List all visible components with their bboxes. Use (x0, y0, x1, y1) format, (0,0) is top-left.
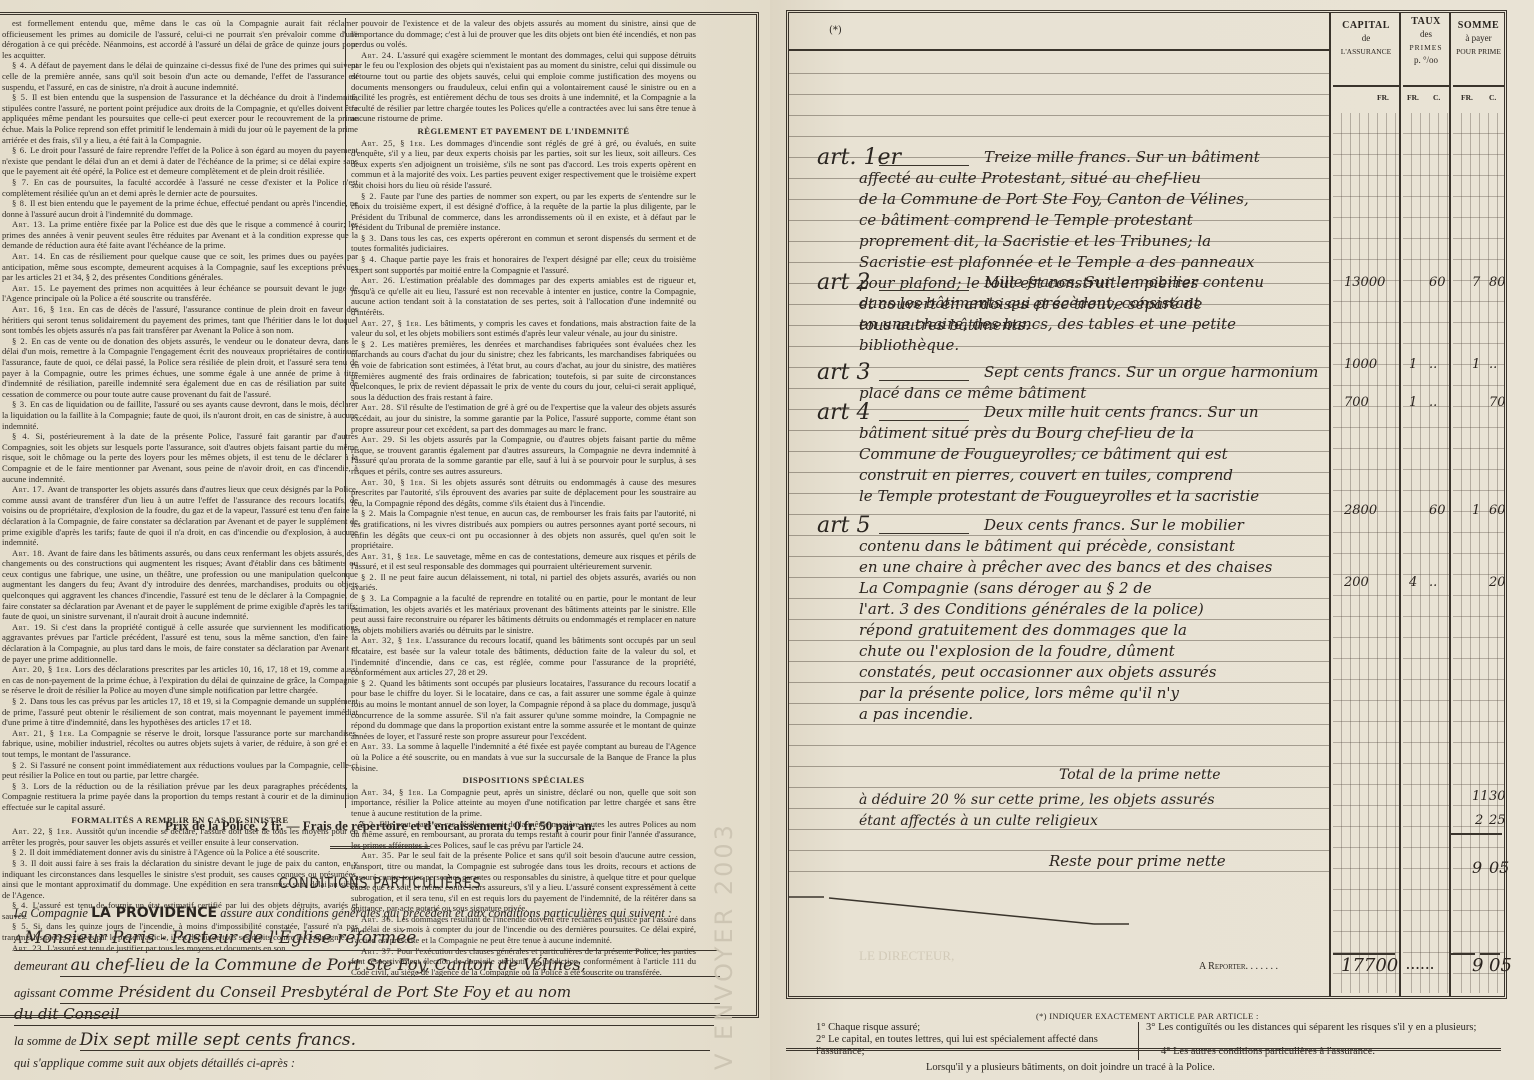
condition-paragraph: Art. 19. Si c'est dans la propriété cont… (2, 622, 358, 664)
article-description-line: de la Commune de Port Ste Foy, Canton de… (859, 189, 1249, 209)
article-label: § 2. (361, 572, 381, 582)
article-label: § 3. (12, 781, 33, 791)
article-label: Art. 19. (12, 622, 51, 632)
condition-paragraph: Art. 20, § 1er. Lors des déclarations pr… (2, 664, 358, 696)
insured-party-field: A Monsieur Paris - Pasteur de l'Église r… (14, 928, 749, 948)
condition-paragraph: § 3. En cas de liquidation ou de faillit… (2, 399, 358, 431)
total-c: 30 (1489, 789, 1506, 804)
article-label: § 3. (361, 593, 381, 603)
article-label: Art. 28. (361, 402, 396, 412)
article-label: § 3. (12, 858, 31, 868)
deduction-line-1: à déduire 20 % sur cette prime, les obje… (859, 790, 1215, 810)
carry-forward-label: A Reporter. . . . . . . (1199, 961, 1278, 972)
article-label: § 6. (12, 145, 30, 155)
footnote-item-2: 2° Le capital, en toutes lettres, qui lu… (816, 1034, 1146, 1058)
article-label: Art. 32, § 1er. (361, 635, 426, 645)
carry-forward-rate: ...... (1406, 959, 1435, 972)
insured-party-value: Monsieur Paris - Pasteur de l'Église réf… (25, 928, 417, 948)
article-description-line: constatés, peut occasionner aux objets a… (859, 662, 1217, 682)
sum-insured-field: la somme de Dix sept mille sept cents fr… (14, 1030, 749, 1050)
net-premium-c: 05 (1489, 858, 1509, 877)
premium-c: 20 (1489, 575, 1506, 590)
article-description-line: bâtiment situé près du Bourg chef-lieu d… (859, 423, 1194, 443)
carry-forward-premium-fr: 9 (1472, 955, 1483, 976)
capital-grid (1333, 113, 1399, 993)
condition-paragraph: Art. 15. Le payement des primes non acqu… (2, 283, 358, 304)
article-label: § 2. (361, 678, 380, 688)
deduction-c: 25 (1489, 813, 1506, 828)
rate-c: 60 (1429, 275, 1446, 290)
article-label: § 2. (361, 339, 382, 349)
premium-fr: 7 (1472, 275, 1480, 290)
condition-paragraph: § 8. Il est bien entendu que le payement… (2, 198, 358, 219)
article-description-line: le Temple protestant de Fougueyrolles et… (859, 486, 1259, 506)
faint-director-bleed: LE DIRECTEUR, (859, 948, 954, 964)
condition-paragraph: Art. 28. S'il résulte de l'estimation de… (351, 402, 696, 434)
capital-amount: 700 (1344, 395, 1369, 410)
field-rule (14, 1025, 714, 1026)
premium-fr: 1 (1472, 357, 1480, 372)
article-label: Art. 27, § 1er. (361, 318, 425, 328)
article-label: § 3. (361, 233, 380, 243)
footnote-item-3: 3° Les contiguïtés ou les distances qui … (1146, 1022, 1496, 1034)
carry-forward-premium-c: 05 (1489, 955, 1512, 976)
footnote-title: (*) INDIQUER EXACTEMENT ARTICLE PAR ARTI… (1036, 1010, 1259, 1022)
condition-paragraph: Art. 21, § 1er. La Compagnie se réserve … (2, 728, 358, 760)
field-rule (60, 1003, 720, 1004)
condition-paragraph: § 2. Mais la Compagnie n'est tenue, en a… (351, 508, 696, 550)
field-rule (14, 950, 719, 951)
article-label: Art. 18. (12, 548, 48, 558)
condition-paragraph: § 4. Si, postérieurement à la date de la… (2, 431, 358, 484)
acting-as-value-continued: du dit Conseil (14, 1005, 120, 1023)
footnote-item-1: 1° Chaque risque assuré; (816, 1022, 1126, 1034)
article-description-line: par la présente police, lors même qu'il … (859, 683, 1179, 703)
article-description-line: ce bâtiment comprend le Temple protestan… (859, 210, 1193, 230)
article-description-line: en une chaire, des bancs, des tables et … (859, 314, 1236, 334)
article-label: Art. 29. (361, 434, 399, 444)
condition-paragraph: § 2. Les matières premières, les denrées… (351, 339, 696, 403)
article-label: Art. 20, § 1er. (12, 664, 75, 674)
article-description-line: bibliothèque. (859, 335, 959, 355)
article-label: Art. 16, § 1er. (12, 304, 79, 314)
condition-paragraph: § 2. Dans tous les cas prévus par les ar… (2, 696, 358, 728)
asterisk-note-marker: (*) (829, 25, 842, 36)
article-number: art 5 (817, 513, 870, 538)
article-description-line: placé dans ce même bâtiment (859, 383, 1086, 403)
premium-c: .. (1489, 357, 1497, 372)
company-intro-line: La Compagnie LA PROVIDENCE assure aux co… (14, 905, 754, 921)
capital-amount: 200 (1344, 575, 1369, 590)
deduction-fr: 2 (1475, 813, 1483, 828)
article-number: art. 1er (817, 145, 901, 170)
rate-c: .. (1429, 395, 1437, 410)
rate-grid (1403, 113, 1449, 993)
premium-c: 70 (1489, 395, 1506, 410)
insurance-ledger-table: (*) CAPITAL de L'ASSURANCE FR. TAUX des … (786, 10, 1507, 999)
article-label: Art. 34, § 1er. (361, 787, 428, 797)
condition-paragraph: § 2. Si l'assuré ne consent point immédi… (2, 760, 358, 781)
condition-paragraph: Art. 32, § 1er. L'assurance du recours l… (351, 635, 696, 677)
section-heading: DISPOSITIONS SPÉCIALES (351, 775, 696, 786)
net-premium-fr: 9 (1472, 858, 1482, 877)
conditions-particulieres-title: CONDITIONS PARTICULIÈRES (57, 874, 703, 892)
condition-paragraph: Art. 26. L'estimation préalable des domm… (351, 275, 696, 317)
article-label: § 2. (361, 508, 379, 518)
article-description-line: Deux mille huit cents francs. Sur un (984, 402, 1259, 422)
condition-paragraph: § 3. Lors de la réduction ou de la résil… (2, 781, 358, 813)
article-label: § 4. (361, 254, 381, 264)
article-description-line: répond gratuitement des dommages que la (859, 620, 1187, 640)
condition-paragraph: Art. 29. Si les objets assurés par la Co… (351, 434, 696, 476)
article-label: § 3. (12, 399, 30, 409)
article-description-line: contenu dans le bâtiment qui précède, co… (859, 536, 1235, 556)
closing-line: qui s'applique comme suit aux objets dét… (14, 1056, 295, 1071)
net-premium-remaining-label: Reste pour prime nette (1049, 851, 1226, 871)
article-label: Art. 33. (361, 741, 397, 751)
article-description-line: affecté au culte Protestant, situé au ch… (859, 168, 1201, 188)
article-label: § 2. (12, 760, 30, 770)
footnote-closing: Lorsqu'il y a plusieurs bâtiments, on do… (926, 1062, 1215, 1074)
condition-paragraph: § 7. En cas de poursuites, la faculté ac… (2, 177, 358, 198)
article-label: Art. 31, § 1er. (361, 551, 424, 561)
article-label: Art. 35. (361, 850, 398, 860)
article-label: Art. 30, § 1er. (361, 477, 431, 487)
article-description-line: Commune de Fougueyrolles; ce bâtiment qu… (859, 444, 1228, 464)
article-label: Art. 15. (12, 283, 50, 293)
article-label: Art. 13. (12, 219, 49, 229)
article-label: § 5. (12, 92, 32, 102)
general-conditions-column-1: est formellement entendu que, même dans … (2, 18, 358, 953)
closing-strike-line (789, 893, 1329, 933)
capital-amount: 1000 (1344, 357, 1377, 372)
article-description-line: l'art. 3 des Conditions générales de la … (859, 599, 1204, 619)
condition-paragraph: Art. 31, § 1er. Le sauvetage, même en ca… (351, 551, 696, 572)
condition-paragraph: Art. 17. Avant de transporter les objets… (2, 484, 358, 548)
article-label: § 2. (12, 696, 30, 706)
condition-paragraph: § 6. Le droit pour l'assuré de faire rep… (2, 145, 358, 177)
residence-value: au chef-lieu de la Commune de Port Ste F… (71, 955, 586, 974)
ledger-outer-bottom-border (786, 1048, 1501, 1051)
article-label: Art. 24. (361, 50, 397, 60)
condition-paragraph: § 2. Il ne peut faire aucun délaissement… (351, 572, 696, 593)
article-description-line: La Compagnie (sans déroger au § 2 de (859, 578, 1152, 598)
total-net-premium-label: Total de la prime nette (1059, 765, 1221, 785)
condition-paragraph: Art. 24. L'assuré qui exagère sciemment … (351, 50, 696, 124)
premium-c: 80 (1489, 275, 1506, 290)
deduction-line-2: étant affectés à un culte religieux (859, 811, 1098, 831)
condition-paragraph: § 2. Quand les bâtiments sont occupés pa… (351, 678, 696, 742)
article-label: § 4. (12, 431, 35, 441)
acting-as-field: agissant comme Président du Conseil Pres… (14, 983, 749, 1001)
article-description-line: proprement dit, la Sacristie et les Trib… (859, 231, 1211, 251)
article-label: § 8. (12, 198, 30, 208)
rate-c: .. (1429, 575, 1437, 590)
article-description-line: Sept cents francs. Sur un orgue harmoniu… (984, 362, 1318, 382)
condition-paragraph: Art. 30, § 1er. Si les objets assurés so… (351, 477, 696, 509)
article-number: art 3 (817, 360, 870, 385)
article-description-line: Treize mille francs. Sur un bâtiment (984, 147, 1260, 167)
article-label: Art. 14. (12, 251, 50, 261)
article-number: art 2 (817, 270, 870, 295)
rate-fr: 4 (1409, 575, 1417, 590)
carry-forward-capital: 17700 (1341, 955, 1398, 976)
acting-as-value: comme Président du Conseil Presbytéral d… (59, 983, 571, 1001)
field-rule (80, 1050, 710, 1051)
article-label: § 4. (12, 60, 30, 70)
condition-paragraph: § 5. Il est bien entendu que la suspensi… (2, 92, 358, 145)
faint-vertical-stamp: V ENVOYER 2003 (710, 820, 740, 1070)
article-description-line: en une chaire à prêcher avec des bancs e… (859, 557, 1272, 577)
condition-paragraph: pouvoir de l'existence et de la valeur d… (351, 18, 696, 50)
condition-paragraph: Art. 16, § 1er. En cas de décès de l'ass… (2, 304, 358, 336)
article-label: Art. 25, § 1er. (361, 138, 430, 148)
article-label: Art. 17. (12, 484, 47, 494)
article-label: § 2. (361, 191, 380, 201)
condition-paragraph: § 4. A défaut de payement dans le délai … (2, 60, 358, 92)
condition-paragraph: Art. 18. Avant de faire dans les bâtimen… (2, 548, 358, 622)
rate-c: 60 (1429, 503, 1446, 518)
condition-paragraph: Art. 33. La somme à laquelle l'indemnité… (351, 741, 696, 773)
condition-paragraph: § 2. En cas de vente ou de donation des … (2, 336, 358, 400)
total-fr: 11 (1472, 789, 1489, 804)
article-label: Art. 26. (361, 275, 400, 285)
section-heading: RÈGLEMENT ET PAYEMENT DE L'INDEMNITÉ (351, 126, 696, 137)
article-description-line: Deux cents francs. Sur le mobilier (984, 515, 1244, 535)
condition-paragraph: § 3. Dans tous les cas, ces experts opér… (351, 233, 696, 254)
condition-paragraph: Art. 13. La prime entière fixée par la P… (2, 219, 358, 251)
condition-paragraph: Art. 27, § 1er. Les bâtiments, y compris… (351, 318, 696, 339)
article-description-line: chute ou l'explosion de la foudre, dûmen… (859, 641, 1175, 661)
premium-fr: 1 (1472, 503, 1480, 518)
rate-c: .. (1429, 357, 1437, 372)
article-number: art 4 (817, 400, 870, 425)
rate-fr: 1 (1409, 395, 1417, 410)
condition-paragraph: Art. 34, § 1er. La Compagnie peut, après… (351, 787, 696, 819)
policy-price-line: Prix de la Police, 2 fr. — Frais de répe… (0, 818, 760, 834)
article-label: § 2. (12, 847, 30, 857)
capital-amount: 13000 (1344, 275, 1385, 290)
condition-paragraph: § 2. Faute par l'une des parties de nomm… (351, 191, 696, 233)
article-description-line: construit en pierres, couvert en tuiles,… (859, 465, 1233, 485)
article-description-line: Sacristie est plafonnée et le Temple a d… (859, 252, 1254, 272)
article-label: Art. 21, § 1er. (12, 728, 79, 738)
premium-c: 60 (1489, 503, 1506, 518)
condition-paragraph: § 2. Il doit immédiatement donner avis d… (2, 847, 358, 858)
residence-field: demeurant au chef-lieu de la Commune de … (14, 955, 749, 974)
condition-paragraph: § 4. Chaque partie paye les frais et hon… (351, 254, 696, 275)
condition-paragraph: Art. 25, § 1er. Les dommages d'incendie … (351, 138, 696, 191)
capital-amount: 2800 (1344, 503, 1377, 518)
article-description-line: Mille francs. Sur le mobilier contenu (984, 272, 1264, 292)
sum-insured-value: Dix sept mille sept cents francs. (80, 1030, 356, 1050)
section-separator (330, 846, 430, 849)
article-label: § 7. (12, 177, 34, 187)
condition-paragraph: § 3. La Compagnie a la faculté de repren… (351, 593, 696, 635)
company-name: LA PROVIDENCE (91, 905, 217, 921)
article-description-line: dans les bâtiments qui précèdent, consis… (859, 293, 1200, 313)
description-header: (*) (789, 13, 1329, 51)
article-description-line: a pas incendie. (859, 704, 973, 724)
article-label: § 2. (12, 336, 31, 346)
rate-fr: 1 (1409, 357, 1417, 372)
field-rule (60, 976, 720, 977)
condition-paragraph: est formellement entendu que, même dans … (2, 18, 358, 60)
left-page-general-conditions: est formellement entendu que, même dans … (0, 0, 770, 1080)
condition-paragraph: Art. 14. En cas de résiliement pour quel… (2, 251, 358, 283)
